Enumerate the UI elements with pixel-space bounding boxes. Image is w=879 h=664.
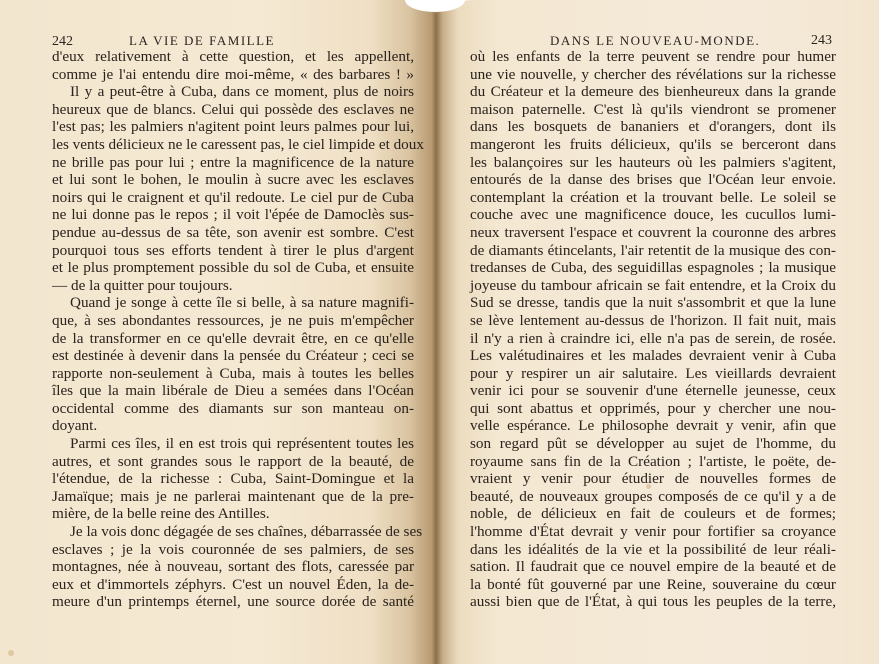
right-page-body: où les enfants de la terre peuvent se re… (470, 48, 836, 611)
text-line: esclaves ; je la vois couronnée de ses p… (52, 541, 414, 559)
text-line: se lève lentement au-dessus de l'horizon… (470, 312, 836, 330)
text-line: d'eux relativement à cette question, et … (52, 48, 414, 66)
text-line: Jamaïque; mais je ne parlerai maintenant… (52, 488, 414, 506)
text-line: pour y respirer un air salutaire. Les vi… (470, 365, 836, 383)
text-line: beauté, de nouveaux groupes composés de … (470, 488, 836, 506)
running-head: DANS LE NOUVEAU-MONDE. (550, 33, 760, 49)
text-line: une vie nouvelle, y chercher des révélat… (470, 66, 836, 84)
text-line: maison paternelle. C'est là qu'ils viend… (470, 101, 836, 119)
text-line: les balançoires sur les hauteurs où les … (470, 154, 836, 172)
text-line: doyant. (52, 417, 414, 435)
left-page-body: d'eux relativement à cette question, et … (52, 48, 414, 611)
text-line: dans les bosquets de bananiers et d'oran… (470, 118, 836, 136)
text-line: mangeront les fruits délicieux, qu'ils s… (470, 136, 836, 154)
text-line: neux traversent l'espace et couvrent la … (470, 224, 836, 242)
text-line: de diamants étincelants, l'air retentit … (470, 242, 836, 260)
text-line: qui sont abattus et opprimés, pour y che… (470, 400, 836, 418)
text-line: sation. Il faudrait que ce nouvel empire… (470, 558, 836, 576)
text-line: velle espérance. Le philosophe devrait y… (470, 417, 836, 435)
text-line: Parmi ces îles, il en est trois qui repr… (52, 435, 414, 453)
text-line: venir ici pour se souvenir d'une éternel… (470, 382, 836, 400)
left-page: 242 LA VIE DE FAMILLE d'eux relativement… (0, 0, 436, 664)
text-line: noirs qui le craignent et qu'il redoute.… (52, 189, 414, 207)
right-page: DANS LE NOUVEAU-MONDE. 243 où les enfant… (436, 0, 879, 664)
text-line: la bonté fût gouverné par une Reine, sou… (470, 576, 836, 594)
text-line: eux et d'immortels zéphyrs. C'est un nou… (52, 576, 414, 594)
text-line: les vents délicieux ne le caressent pas,… (52, 136, 414, 154)
text-line: occidental comme des diamants sur son ma… (52, 400, 414, 418)
text-line: entourés de la danse des brises que l'Oc… (470, 171, 836, 189)
text-line: comme je l'ai entendu dire moi-même, « d… (52, 66, 414, 84)
book-spread: 242 LA VIE DE FAMILLE d'eux relativement… (0, 0, 879, 664)
text-line: Il y a peut-être à Cuba, dans ce moment,… (52, 83, 414, 101)
text-line: heureux que de blancs. Celui qui possède… (52, 101, 414, 119)
text-line: contemplant la création et la trouvant b… (470, 189, 836, 207)
text-line: il n'y a rien à craindre ici, elle n'a p… (470, 330, 836, 348)
page-number: 243 (811, 33, 832, 49)
text-line: est destinée à devenir dans la pensée du… (52, 347, 414, 365)
text-line: meure d'un printemps éternel, une source… (52, 593, 414, 611)
text-line: noble, de délicieux en fait de couleurs … (470, 505, 836, 523)
text-line: de la transformer en ce qu'elle devrait … (52, 330, 414, 348)
text-line: l'homme d'État devrait y venir pour fort… (470, 523, 836, 541)
text-line: pendue au-dessus de sa tête, son avenir … (52, 224, 414, 242)
text-line: dans les idéalités de la vie et la possi… (470, 541, 836, 559)
text-line: mière, de la belle reine des Antilles. (52, 505, 414, 523)
text-line: aussi bien que de l'État, à qui tous les… (470, 593, 836, 611)
text-line: ne lui donne pas le repos ; il voit l'ép… (52, 206, 414, 224)
text-line: que, à ses abondantes ressources, je ne … (52, 312, 414, 330)
text-line: joyeuse du tambour africain se fait ente… (470, 277, 836, 295)
text-line: Quand je songe à cette île si belle, à s… (52, 294, 414, 312)
text-line: Je la vois donc dégagée de ses chaînes, … (52, 523, 414, 541)
text-line: montagnes, née à nouveau, sortant des fl… (52, 558, 414, 576)
text-line: autres, et sont grandes sous le rapport … (52, 453, 414, 471)
text-line: ne brille pas pour lui ; entre la magnif… (52, 154, 414, 172)
text-line: et le plus promptement possible du sol d… (52, 259, 414, 277)
text-line: Sud se dresse, tandis que la nuit s'asso… (470, 294, 836, 312)
text-line: rapporte non-seulement à Cuba, mais à to… (52, 365, 414, 383)
text-line: — de la quitter pour toujours. (52, 277, 414, 295)
text-line: vraient y venir pour étudier de nouvelle… (470, 470, 836, 488)
text-line: royaume sans fin de la Création ; l'arti… (470, 453, 836, 471)
paper-stain (8, 650, 14, 656)
text-line: l'est pas; les palmiers n'agitent point … (52, 118, 414, 136)
text-line: son regard pût se développer au sujet de… (470, 435, 836, 453)
text-line: l'étendue, de la richesse : Cuba, Saint-… (52, 470, 414, 488)
text-line: îles que la main libérale de Dieu a semé… (52, 382, 414, 400)
text-line: où les enfants de la terre peuvent se re… (470, 48, 836, 66)
text-line: Les valétudinaires et les malades devrai… (470, 347, 836, 365)
text-line: et lui sont le bohen, le moulin à sucre … (52, 171, 414, 189)
text-line: du Créateur et la demeure des bienheureu… (470, 83, 836, 101)
text-line: couche avec une magnificence douce, les … (470, 206, 836, 224)
text-line: tredanses de Cuba, des seguidillas espag… (470, 259, 836, 277)
running-head: LA VIE DE FAMILLE (129, 33, 275, 49)
text-line: pourquoi tous ses efforts tendent à tire… (52, 242, 414, 260)
paper-stain (646, 484, 651, 489)
page-number: 242 (52, 34, 73, 49)
